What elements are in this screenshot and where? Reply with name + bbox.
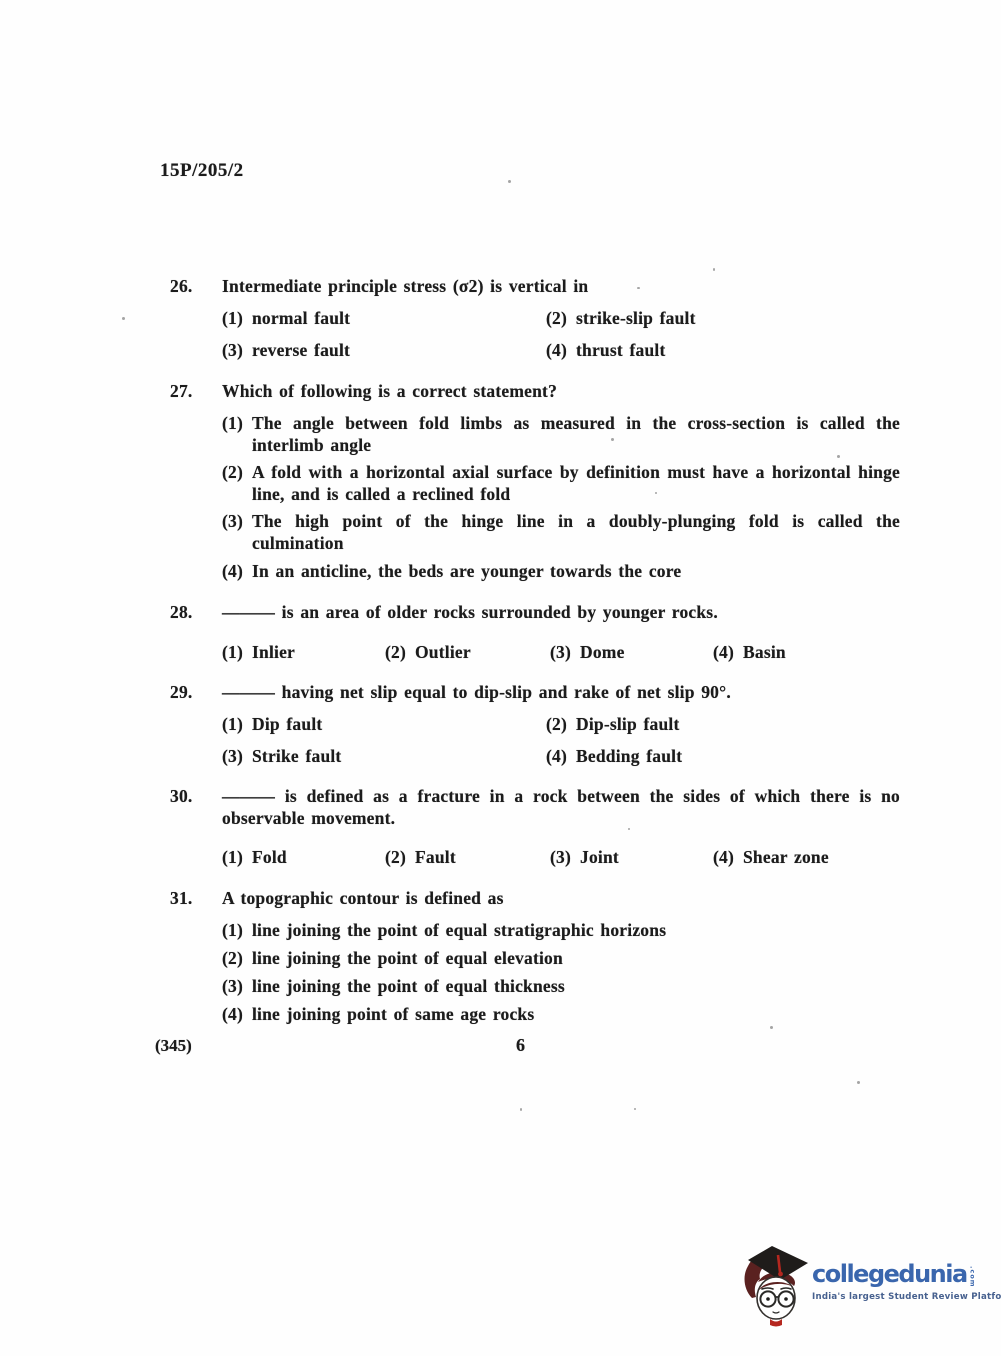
option-item: (4) thrust fault <box>546 339 900 361</box>
option-item: (2) strike-slip fault <box>546 307 900 329</box>
question-stem: ——— having net slip equal to dip-slip an… <box>222 681 900 703</box>
question-stem-row: 28. ——— is an area of older rocks surrou… <box>222 601 900 623</box>
option-marker: (3) <box>222 745 252 767</box>
option-marker: (1) <box>222 846 252 868</box>
option-marker: (3) <box>222 510 252 532</box>
option-item: (4) Basin <box>713 641 900 663</box>
scan-speck <box>655 492 657 494</box>
footer-booklet-code: (345) <box>155 1036 192 1056</box>
option-item: (4) line joining point of same age rocks <box>222 1003 900 1025</box>
option-label: In an anticline, the beds are younger to… <box>252 560 900 582</box>
scan-speck <box>611 438 614 441</box>
question-block-31: 31. A topographic contour is defined as … <box>222 887 900 1025</box>
question-block-29: 29. ——— having net slip equal to dip-sli… <box>222 681 900 767</box>
option-marker: (2) <box>222 947 252 969</box>
option-marker: (1) <box>222 307 252 329</box>
paper-code: 15P/205/2 <box>160 160 244 182</box>
option-label: Shear zone <box>743 846 900 868</box>
option-item: (2) A fold with a horizontal axial surfa… <box>222 461 900 505</box>
scanned-exam-page: 15P/205/2 26. Intermediate principle str… <box>0 0 1001 1356</box>
option-label: The angle between fold limbs as measured… <box>252 412 900 456</box>
question-block-27: 27. Which of following is a correct stat… <box>222 380 900 582</box>
question-stem: Which of following is a correct statemen… <box>222 380 900 402</box>
scan-speck <box>628 828 630 830</box>
scan-speck <box>508 180 511 183</box>
option-item: (3) Strike fault <box>222 745 546 767</box>
option-label: Dip fault <box>252 713 546 735</box>
question-stem-row: 27. Which of following is a correct stat… <box>222 380 900 402</box>
option-item: (3) line joining the point of equal thic… <box>222 975 900 997</box>
option-label: Inlier <box>252 641 385 663</box>
option-label: reverse fault <box>252 339 546 361</box>
scan-speck <box>857 1081 860 1084</box>
question-stem: ——— is an area of older rocks surrounded… <box>222 601 900 623</box>
question-number: 28. <box>170 601 192 623</box>
option-marker: (2) <box>385 846 415 868</box>
option-label: Bedding fault <box>576 745 900 767</box>
question-block-28: 28. ——— is an area of older rocks surrou… <box>222 601 900 663</box>
footer-page-number: 6 <box>516 1035 525 1056</box>
option-label: Basin <box>743 641 900 663</box>
option-marker: (1) <box>222 641 252 663</box>
option-item: (2) line joining the point of equal elev… <box>222 947 900 969</box>
collegedunia-tld-text: .com <box>969 1266 977 1288</box>
scan-speck <box>122 317 125 320</box>
option-label: Dome <box>580 641 713 663</box>
option-label: line joining the point of equal stratigr… <box>252 919 900 941</box>
option-marker: (1) <box>222 713 252 735</box>
option-marker: (4) <box>713 846 743 868</box>
question-number: 26. <box>170 275 192 297</box>
question-block-30: 30. ——— is defined as a fracture in a ro… <box>222 785 900 868</box>
scan-speck <box>837 455 840 458</box>
question-number: 31. <box>170 887 192 909</box>
option-label: The high point of the hinge line in a do… <box>252 510 900 554</box>
scan-speck <box>713 268 715 271</box>
question-number: 30. <box>170 785 192 807</box>
options-grid: (1) normal fault (2) strike-slip fault (… <box>222 307 900 361</box>
option-label: thrust fault <box>576 339 900 361</box>
option-item: (4) Bedding fault <box>546 745 900 767</box>
collegedunia-brand-text: collegedunia <box>812 1262 967 1286</box>
option-label: Strike fault <box>252 745 546 767</box>
collegedunia-logo: collegedunia .com India's largest Studen… <box>742 1246 1001 1328</box>
option-marker: (4) <box>713 641 743 663</box>
option-label: Joint <box>580 846 713 868</box>
question-block-26: 26. Intermediate principle stress (σ2) i… <box>222 275 900 361</box>
question-number: 27. <box>170 380 192 402</box>
scan-speck <box>770 1026 773 1029</box>
option-item: (3) The high point of the hinge line in … <box>222 510 900 554</box>
option-marker: (4) <box>546 745 576 767</box>
question-number: 29. <box>170 681 192 703</box>
option-item: (3) reverse fault <box>222 339 546 361</box>
option-item: (1) line joining the point of equal stra… <box>222 919 900 941</box>
option-label: line joining point of same age rocks <box>252 1003 900 1025</box>
option-item: (2) Outlier <box>385 641 550 663</box>
option-label: strike-slip fault <box>576 307 900 329</box>
option-label: A fold with a horizontal axial surface b… <box>252 461 900 505</box>
option-label: Fault <box>415 846 550 868</box>
options-grid: (1) Dip fault (2) Dip-slip fault (3) Str… <box>222 713 900 767</box>
option-item: (1) Fold <box>222 846 385 868</box>
option-marker: (3) <box>222 339 252 361</box>
option-label: Dip-slip fault <box>576 713 900 735</box>
option-item: (4) Shear zone <box>713 846 900 868</box>
option-marker: (1) <box>222 412 252 434</box>
option-label: Outlier <box>415 641 550 663</box>
option-item: (1) normal fault <box>222 307 546 329</box>
option-marker: (4) <box>222 560 252 582</box>
option-item: (4) In an anticline, the beds are younge… <box>222 560 900 582</box>
option-label: line joining the point of equal thicknes… <box>252 975 900 997</box>
option-label: Fold <box>252 846 385 868</box>
option-marker: (2) <box>546 713 576 735</box>
option-marker: (3) <box>550 641 580 663</box>
option-item: (1) Inlier <box>222 641 385 663</box>
option-item: (1) The angle between fold limbs as meas… <box>222 412 900 456</box>
scan-speck <box>637 287 640 289</box>
option-marker: (4) <box>546 339 576 361</box>
option-marker: (2) <box>385 641 415 663</box>
question-stem: Intermediate principle stress (σ2) is ve… <box>222 275 900 297</box>
question-stem: ——— is defined as a fracture in a rock b… <box>222 785 900 829</box>
scan-speck <box>634 1108 636 1110</box>
option-label: normal fault <box>252 307 546 329</box>
option-marker: (2) <box>546 307 576 329</box>
question-list: 26. Intermediate principle stress (σ2) i… <box>222 275 900 1025</box>
option-marker: (2) <box>222 461 252 483</box>
option-marker: (3) <box>222 975 252 997</box>
question-stem: A topographic contour is defined as <box>222 887 900 909</box>
option-item: (1) Dip fault <box>222 713 546 735</box>
question-stem-row: 30. ——— is defined as a fracture in a ro… <box>222 785 900 829</box>
question-stem-row: 29. ——— having net slip equal to dip-sli… <box>222 681 900 703</box>
collegedunia-mascot-icon <box>742 1246 810 1328</box>
option-marker: (4) <box>222 1003 252 1025</box>
options-grid: (1) Inlier (2) Outlier (3) Dome (4) Basi… <box>222 641 900 663</box>
option-label: line joining the point of equal elevatio… <box>252 947 900 969</box>
option-item: (2) Fault <box>385 846 550 868</box>
option-item: (3) Joint <box>550 846 713 868</box>
collegedunia-logo-text: collegedunia .com India's largest Studen… <box>812 1246 1001 1302</box>
option-item: (2) Dip-slip fault <box>546 713 900 735</box>
question-stem-row: 26. Intermediate principle stress (σ2) i… <box>222 275 900 297</box>
option-marker: (3) <box>550 846 580 868</box>
collegedunia-tagline: India's largest Student Review Platform <box>812 1292 1001 1302</box>
option-item: (3) Dome <box>550 641 713 663</box>
question-stem-row: 31. A topographic contour is defined as <box>222 887 900 909</box>
options-grid: (1) Fold (2) Fault (3) Joint (4) Shear z… <box>222 846 900 868</box>
scan-speck <box>520 1108 522 1111</box>
option-marker: (1) <box>222 919 252 941</box>
